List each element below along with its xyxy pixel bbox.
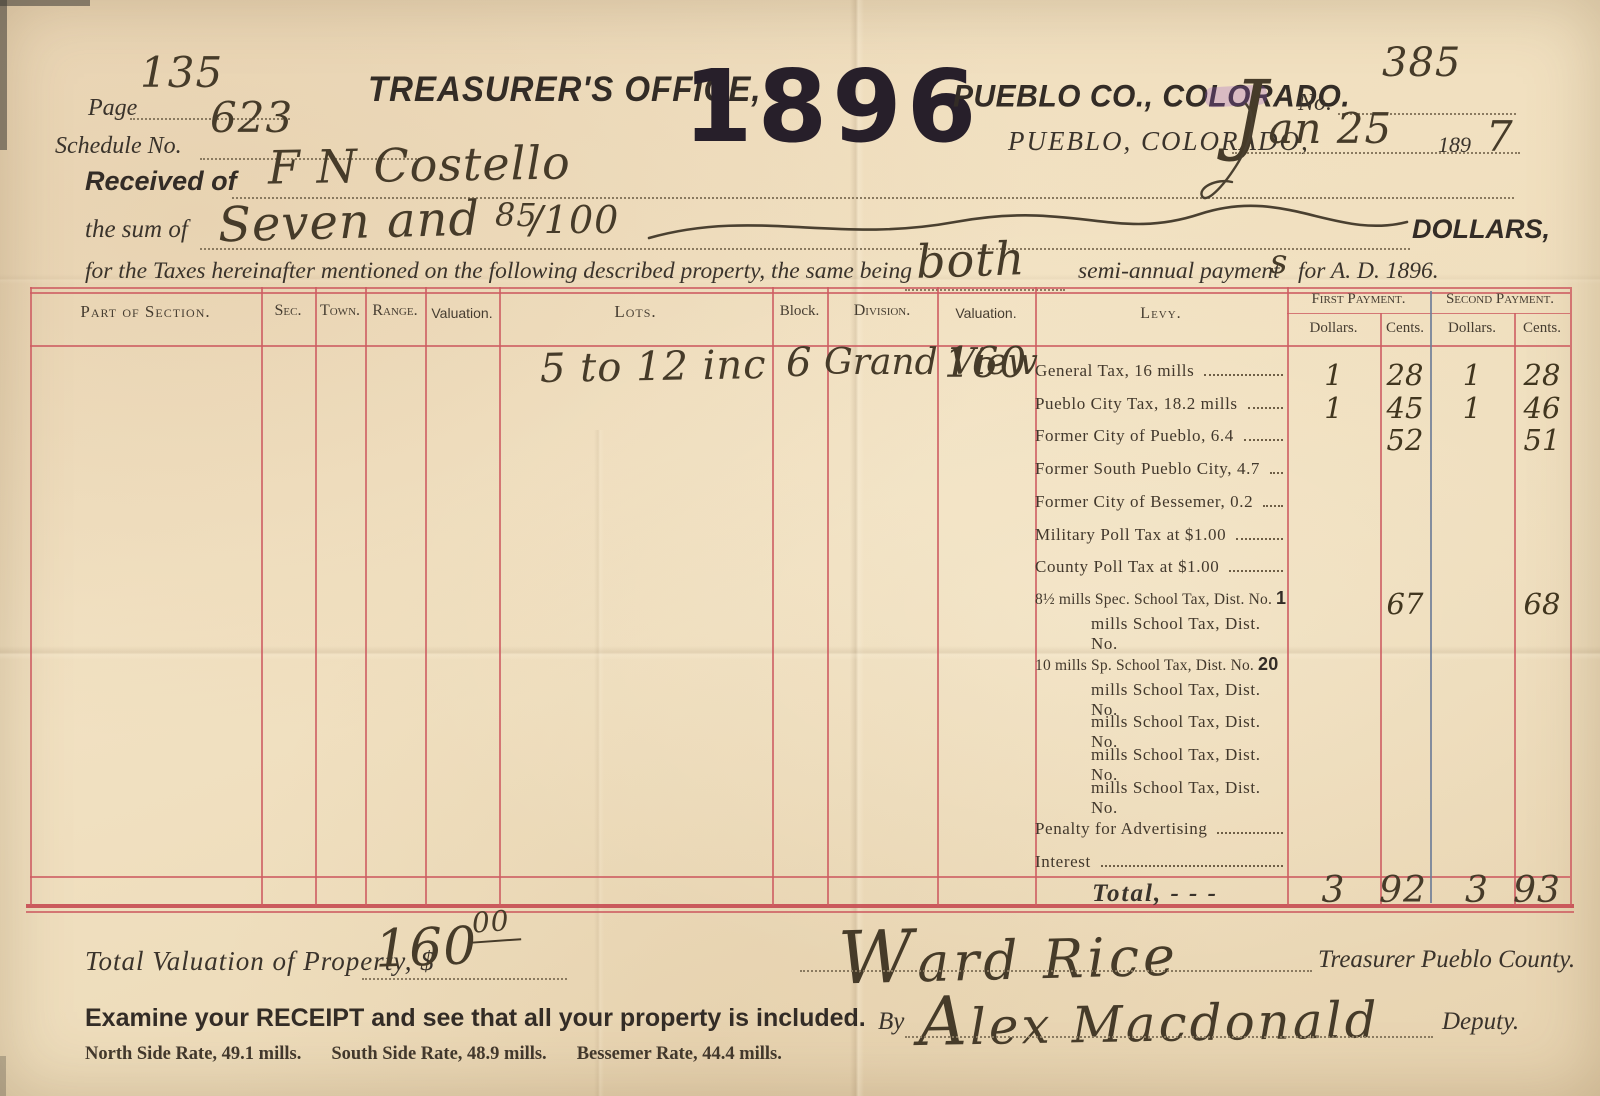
payment-header-divider	[1287, 313, 1570, 314]
amount-words: Seven and	[217, 191, 481, 254]
total-label: Total, - - -	[1035, 880, 1275, 908]
handwritten-flourish-line	[645, 200, 1415, 252]
year-digit-handwritten: 7	[1486, 112, 1514, 161]
levy-label: mills School Tax, Dist. No.	[1091, 614, 1283, 654]
fp-cents-value: 52	[1380, 426, 1430, 455]
levy-label: Former City of Bessemer, 0.2	[1035, 492, 1253, 512]
col-divider	[315, 287, 317, 906]
photo-edge-artifact	[0, 1056, 6, 1096]
col-header-division: Division.	[827, 302, 937, 320]
sp-cents-value: 28	[1514, 361, 1570, 390]
north-side-rate: North Side Rate, 49.1 mills.	[85, 1044, 301, 1065]
col-divider	[499, 287, 501, 906]
col-header-town: Town.	[315, 302, 365, 320]
col-header-part-of-section: Part of Section.	[30, 302, 261, 322]
levy-label: County Poll Tax at $1.00	[1035, 557, 1219, 577]
table-border-left	[30, 287, 32, 906]
by-label: By	[878, 1008, 904, 1036]
sp-dollars-value: 1	[1430, 361, 1514, 390]
levy-label: Penalty for Advertising	[1035, 819, 1207, 839]
photo-edge-artifact	[0, 0, 90, 6]
entry-valuation: 160	[944, 338, 1027, 387]
examine-notice: Examine your RECEIPT and see that all yo…	[85, 1004, 866, 1033]
levy-label: Military Poll Tax at $1.00	[1035, 525, 1226, 545]
col-header-sp-dollars: Dollars.	[1430, 320, 1514, 337]
deputy-title: Deputy.	[1442, 1008, 1519, 1036]
paper-crease-vertical	[594, 430, 604, 1096]
col-header-lots: Lots.	[499, 302, 772, 322]
fp-cents-value: 67	[1380, 590, 1430, 619]
sp-cents-value: 51	[1514, 426, 1570, 455]
tax-clause-after: for A. D. 1896.	[1298, 258, 1439, 285]
dotted-leader	[1270, 472, 1283, 474]
dotted-leader	[1236, 538, 1283, 540]
levy-label: Former City of Pueblo, 6.4	[1035, 426, 1234, 446]
bessemer-rate: Bessemer Rate, 44.4 mills.	[577, 1044, 782, 1065]
treasurer-title: Treasurer Pueblo County.	[1318, 946, 1575, 974]
col-header-fp-cents: Cents.	[1380, 320, 1430, 337]
levy-row: mills School Tax, Dist. No.	[1035, 745, 1570, 778]
total-sp-cents: 93	[1502, 870, 1572, 911]
table-bottom-rule2	[26, 911, 1574, 913]
deputy-signature: Alex Macdonald	[917, 974, 1380, 1061]
total-fp-cents: 92	[1368, 870, 1438, 911]
levy-label: 10 mills Sp. School Tax, Dist. No.	[1035, 656, 1254, 676]
fp-cents-value: 28	[1380, 361, 1430, 390]
fp-dollars-value: 1	[1287, 394, 1380, 423]
tax-receipt-document: Page 135 Schedule No. 623 TREASURER'S OF…	[0, 0, 1600, 1096]
photo-edge-artifact	[0, 0, 7, 150]
levy-row: Military Poll Tax at $1.00	[1035, 516, 1570, 549]
year-stamp: 1896	[683, 48, 981, 165]
entry-lots: 5 to 12 inc	[540, 342, 767, 392]
col-header-valuation-2: Valuation.	[937, 305, 1035, 321]
entry-block: 6	[786, 340, 812, 386]
levy-label: General Tax, 16 mills	[1035, 361, 1194, 381]
sp-cents-value: 68	[1514, 590, 1570, 619]
col-header-range: Range.	[365, 302, 425, 320]
levy-label: 8½ mills Spec. School Tax, Dist. No.	[1035, 590, 1272, 610]
received-of-label: Received of	[85, 166, 237, 197]
levy-row: mills School Tax, Dist. No.	[1035, 712, 1570, 745]
dotted-leader	[1217, 832, 1283, 834]
levy-row: 8½ mills Spec. School Tax, Dist. No.1 67…	[1035, 581, 1570, 614]
payer-name: F N Costello	[268, 135, 572, 194]
dotted-leader	[1229, 570, 1283, 572]
table-border-right	[1570, 287, 1572, 906]
col-header-sp-cents: Cents.	[1514, 320, 1570, 337]
sp-dollars-value: 1	[1430, 394, 1514, 423]
deputy-signature-line	[905, 1036, 1433, 1038]
levy-rows: General Tax, 16 mills 128128 Pueblo City…	[1035, 352, 1570, 876]
tax-clause-before: for the Taxes hereinafter mentioned on t…	[85, 258, 912, 285]
schedule-label: Schedule No.	[55, 133, 182, 160]
sum-label: the sum of	[85, 216, 188, 244]
col-header-levy: Levy.	[1035, 305, 1287, 323]
sp-cents-value: 46	[1514, 394, 1570, 423]
levy-row: mills School Tax, Dist. No.	[1035, 614, 1570, 647]
payment-plural-s: s	[1270, 242, 1288, 282]
clause-fill-dotted-line	[905, 289, 1065, 291]
dotted-leader	[1204, 374, 1283, 376]
schedule-number-value: 623	[210, 93, 293, 142]
col-divider	[261, 287, 263, 906]
col-header-valuation-1: Valuation.	[425, 305, 499, 321]
col-divider	[425, 287, 427, 906]
col-divider	[772, 287, 774, 906]
tax-clause-middle: semi-annual payment	[1078, 258, 1280, 285]
amount-fraction-denominator: /100	[530, 198, 619, 242]
treasurer-signature-line	[800, 970, 1312, 972]
south-side-rate: South Side Rate, 48.9 mills.	[331, 1044, 546, 1065]
year-printed: 189	[1438, 132, 1471, 158]
dotted-leader	[1244, 439, 1283, 441]
dotted-leader	[1101, 865, 1283, 867]
rates-line: North Side Rate, 49.1 mills. South Side …	[85, 1044, 782, 1065]
receipt-no-value: 385	[1382, 40, 1461, 86]
col-header-sec: Sec.	[261, 302, 315, 320]
col-header-first-payment: First Payment.	[1287, 291, 1430, 308]
tax-clause-fill-both: both	[915, 231, 1026, 289]
col-header-block: Block.	[772, 303, 827, 320]
levy-row: Former South Pueblo City, 4.7	[1035, 450, 1570, 483]
dotted-leader	[1248, 407, 1283, 409]
col-header-fp-dollars: Dollars.	[1287, 320, 1380, 337]
levy-row: mills School Tax, Dist. No.	[1035, 778, 1570, 811]
levy-label: Former South Pueblo City, 4.7	[1035, 459, 1260, 479]
col-divider	[365, 287, 367, 906]
total-valuation-cents: 00	[469, 903, 521, 943]
page-number-value: 135	[140, 48, 223, 97]
levy-row: General Tax, 16 mills 128128	[1035, 352, 1570, 385]
total-valuation-value: 160	[374, 916, 478, 980]
total-fp-dollars: 3	[1287, 870, 1380, 911]
levy-label: Pueblo City Tax, 18.2 mills	[1035, 394, 1238, 414]
dotted-leader	[1263, 505, 1283, 507]
col-header-second-payment: Second Payment.	[1430, 291, 1570, 308]
levy-label: mills School Tax, Dist. No.	[1091, 778, 1283, 818]
dollars-label: DOLLARS,	[1412, 214, 1550, 245]
signature-flourish	[1188, 100, 1278, 220]
fp-cents-value: 45	[1380, 394, 1430, 423]
levy-label: Interest	[1035, 852, 1091, 872]
fp-dollars-value: 1	[1287, 361, 1380, 390]
levy-row: County Poll Tax at $1.00	[1035, 549, 1570, 582]
levy-row: mills School Tax, Dist. No.	[1035, 680, 1570, 713]
levy-row: Former City of Bessemer, 0.2	[1035, 483, 1570, 516]
